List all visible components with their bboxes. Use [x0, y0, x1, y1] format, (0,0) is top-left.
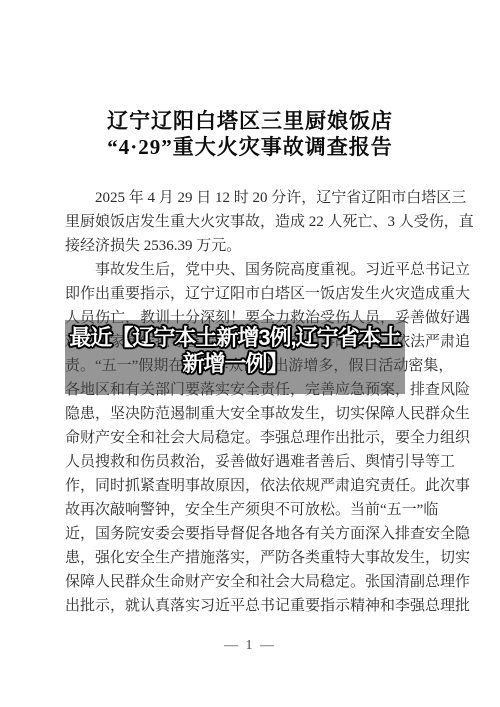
document-line: 近，国务院安委会要指导督促各地各有关方面深入排查安全隐 [65, 522, 437, 546]
document-line: 故再次敲响警钟，安全生产须臾不可放松。当前“五一”临 [65, 498, 437, 522]
document-title-line-2: “4·29”重大火灾事故调查报告 [0, 134, 500, 160]
subtitle-overlay-line-2: 新增一例】 [182, 351, 287, 377]
document-line: 2025 年 4 月 29 日 12 时 20 分许，辽宁省辽阳市白塔区三 [65, 186, 437, 210]
page-number: — 1 — [0, 638, 500, 654]
document-line: 即作出重要指示，辽宁辽阳市白塔区一饭店发生火灾造成重大 [65, 282, 437, 306]
document-page: 辽宁辽阳白塔区三里厨娘饭店 “4·29”重大火灾事故调查报告 2025 年 4 … [0, 0, 500, 707]
document-line: 患，强化安全生产措施落实，严防各类重特大事故发生，切实 [65, 546, 437, 570]
document-line: 保障人民群众生命财产安全和社会大局稳定。张国清副总理作 [65, 570, 437, 594]
document-line: 接经济损失 2536.39 万元。 [65, 234, 437, 258]
document-line: 事故发生后，党中央、国务院高度重视。习近平总书记立 [65, 258, 437, 282]
document-line: 隐患，坚决防范遏制重大安全事故发生，切实保障人民群众生 [65, 402, 437, 426]
document-line: 出批示，就认真落实习近平总书记重要指示精神和李强总理批 [65, 594, 437, 618]
document-line: 命财产安全和社会大局稳定。李强总理作出批示，要全力组织 [65, 426, 437, 450]
document-title-line-1: 辽宁辽阳白塔区三里厨娘饭店 [0, 108, 500, 134]
subtitle-overlay: 最近【辽宁本土新增3例,辽宁省本土 新增一例】 [65, 320, 405, 394]
document-line: 人员搜救和伤员救治，妥善做好遇难者善后、舆情引导等工 [65, 450, 437, 474]
document-title: 辽宁辽阳白塔区三里厨娘饭店 “4·29”重大火灾事故调查报告 [0, 108, 500, 160]
document-line: 作，同时抓紧查明事故原因，依法依规严肃追究责任。此次事 [65, 474, 437, 498]
document-body: 2025 年 4 月 29 日 12 时 20 分许，辽宁省辽阳市白塔区三里厨娘… [65, 186, 437, 618]
subtitle-overlay-line-1: 最近【辽宁本土新增3例,辽宁省本土 [69, 325, 400, 351]
document-line: 里厨娘饭店发生重大火灾事故，造成 22 人死亡、3 人受伤，直 [65, 210, 437, 234]
